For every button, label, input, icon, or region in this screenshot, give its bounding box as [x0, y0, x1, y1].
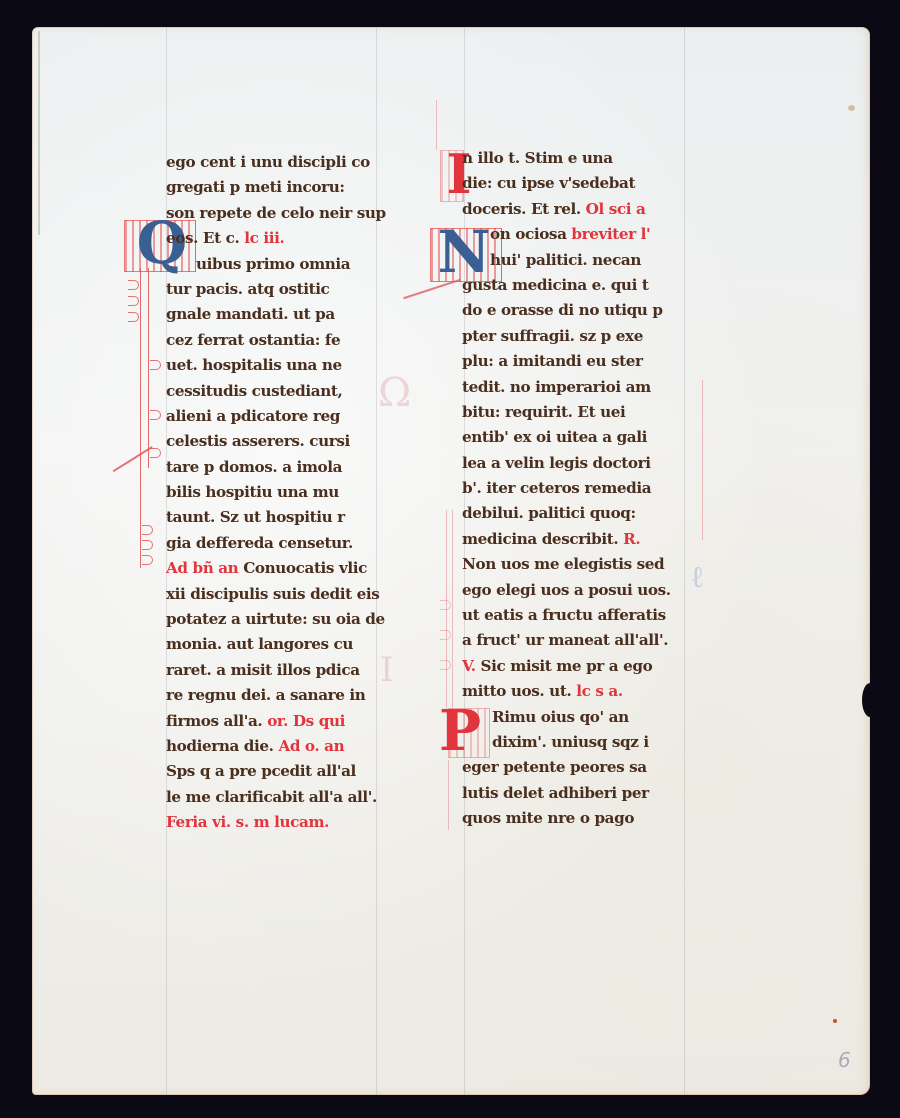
text-line: xii discipulis suis dedit eis — [166, 582, 388, 607]
text-line: celestis asserers. cursi — [166, 429, 388, 454]
flourish-curl — [142, 540, 153, 550]
text-line: lea a velin legis doctori — [462, 451, 688, 476]
text-line: raret. a misit illos pdica — [166, 658, 388, 683]
rubric: Ad o. an — [278, 737, 344, 755]
text-line: doceris. Et rel. Ol sci a — [462, 197, 688, 222]
flourish-curl — [128, 296, 139, 306]
rubric: breviter l' — [571, 225, 650, 243]
rubric: lc s a. — [576, 682, 622, 700]
text-line: hodierna die. Ad o. an — [166, 734, 388, 759]
text-line: die: cu ipse v'sedebat — [462, 171, 688, 196]
initial-flourish — [452, 510, 453, 710]
text-line: quos mite nre o pago — [462, 806, 688, 831]
rubric: V. — [462, 657, 476, 675]
text-line: tur pacis. atq ostitic — [166, 277, 388, 302]
text-line: uibus primo omnia — [166, 252, 388, 277]
text-line: ego cent i unu discipli co — [166, 150, 388, 175]
text-line: firmos all'a. or. Ds qui — [166, 709, 388, 734]
flourish-curl — [440, 600, 451, 610]
text-line: uet. hospitalis una ne — [166, 353, 388, 378]
text-line: cessitudis custediant, — [166, 379, 388, 404]
text-line: eger petente peores sa — [462, 755, 688, 780]
text-line: on ociosa breviter l' — [462, 222, 688, 247]
text-line: medicina describit. R. — [462, 527, 688, 552]
text-line: alieni a pdicatore reg — [166, 404, 388, 429]
text-line: gusta medicina e. qui t — [462, 273, 688, 298]
text-line: taunt. Sz ut hospitiu r — [166, 505, 388, 530]
text-line: Non uos me elegistis sed — [462, 552, 688, 577]
text-line: son repete de celo neir sup — [166, 201, 388, 226]
initial-flourish — [702, 380, 703, 540]
text-line: b'. iter ceteros remedia — [462, 476, 688, 501]
text-line: le me clarificabit all'a all'. — [166, 785, 388, 810]
rubric: R. — [623, 530, 640, 548]
flourish-curl — [440, 630, 451, 640]
text-line: gnale mandati. ut pa — [166, 302, 388, 327]
showthrough-mark: ℓ — [690, 560, 704, 595]
flourish-curl — [150, 448, 161, 458]
rubric: Ol sci a — [586, 200, 646, 218]
text-line: plu: a imitandi eu ster — [462, 349, 688, 374]
text-line: ego elegi uos a posui uos. — [462, 578, 688, 603]
flourish-curl — [150, 410, 161, 420]
text-line: pter suffragii. sz p exe — [462, 324, 688, 349]
rubric: lc iii. — [244, 229, 284, 247]
text-line: bilis hospitiu una mu — [166, 480, 388, 505]
text-line: a fruct' ur maneat all'all'. — [462, 628, 688, 653]
text-line: eos. Et c. lc iii. — [166, 226, 388, 251]
flourish-curl — [150, 360, 161, 370]
text-line: lutis delet adhiberi per — [462, 781, 688, 806]
text-line: V. Sic misit me pr a ego — [462, 654, 688, 679]
flourish-curl — [142, 525, 153, 535]
text-line: monia. aut langores cu — [166, 632, 388, 657]
flourish-curl — [128, 312, 139, 322]
initial-flourish — [446, 510, 447, 710]
text-line: Rimu oius qo' an — [462, 705, 688, 730]
initial-flourish — [436, 100, 437, 150]
text-line: do e orasse di no utiqu p — [462, 298, 688, 323]
text-line: cez ferrat ostantia: fe — [166, 328, 388, 353]
text-line: debilui. palitici quoq: — [462, 501, 688, 526]
text-line: Feria vi. s. m lucam. — [166, 810, 388, 835]
right-column: n illo t. Stim e una die: cu ipse v'sede… — [462, 146, 688, 832]
text-line: Ad bñ an Conuocatis vlic — [166, 556, 388, 581]
text-line: tedit. no imperarioi am — [462, 375, 688, 400]
text-line: entib' ex oi uitea a gali — [462, 425, 688, 450]
text-line: re regnu dei. a sanare in — [166, 683, 388, 708]
flourish-curl — [142, 555, 153, 565]
rubric: Feria vi. s. m lucam. — [166, 813, 329, 831]
text-line: tare p domos. a imola — [166, 455, 388, 480]
initial-flourish — [148, 268, 149, 468]
text-line: mitto uos. ut. lc s a. — [462, 679, 688, 704]
rubric: Ad bñ an — [166, 559, 238, 577]
text-line: bitu: requirit. Et uei — [462, 400, 688, 425]
text-line: n illo t. Stim e una — [462, 146, 688, 171]
folio-number: 6 — [838, 1048, 851, 1072]
initial-flourish — [140, 268, 141, 568]
text-line: Sps q a pre pcedit all'al — [166, 759, 388, 784]
initial-flourish — [448, 760, 449, 830]
text-line: ut eatis a fructu afferatis — [462, 603, 688, 628]
text-line: gia deffereda censetur. — [166, 531, 388, 556]
text-line: hui' palitici. necan — [462, 248, 688, 273]
text-line: gregati p meti incoru: — [166, 175, 388, 200]
flourish-curl — [128, 280, 139, 290]
rubric: or. Ds qui — [267, 712, 345, 730]
text-line: potatez a uirtute: su oia de — [166, 607, 388, 632]
text-line: dixim'. uniusq sqz i — [462, 730, 688, 755]
left-column: ego cent i unu discipli co gregati p met… — [166, 150, 388, 836]
flourish-curl — [440, 660, 451, 670]
